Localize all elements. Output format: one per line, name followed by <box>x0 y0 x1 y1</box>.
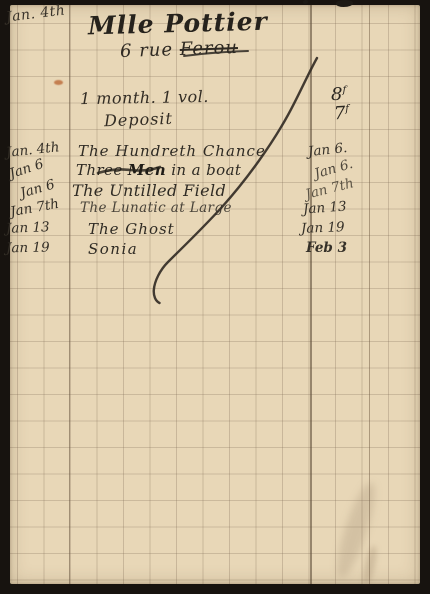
entry-date-returned: Jan 13 <box>302 198 347 217</box>
column-rule-left <box>69 5 70 584</box>
entry-title: The Untilled Field <box>72 181 226 200</box>
address-struck-word: Ferou <box>179 37 238 60</box>
title-overwritten-word: Men <box>128 161 166 179</box>
entry-title: The Hundreth Chance <box>78 142 266 160</box>
ink-blotch <box>303 0 308 4</box>
scanned-card-stage: Jan. 4th Mlle Pottier 6 rue Ferou 1 mont… <box>0 0 430 594</box>
subscription-terms: 1 month. 1 vol. <box>80 87 209 108</box>
address-prefix: 6 rue <box>120 39 174 62</box>
title-part: Three <box>76 161 123 179</box>
entry-title: Sonia <box>88 240 138 258</box>
entry-date-returned: Jan 6. <box>307 140 348 160</box>
entry-date-returned: Feb 3 <box>306 240 347 256</box>
entry-title: The Ghost <box>88 220 175 238</box>
borrower-name: Mlle Pottier <box>88 7 268 41</box>
ledger-row: Jan 19 Sonia Feb 3 <box>0 240 430 260</box>
entry-date-out: Jan 13 <box>6 219 50 237</box>
ledger-row: Jan 13 The Ghost Jan 19 <box>0 220 430 240</box>
library-lending-card <box>10 5 420 584</box>
column-rule-return <box>310 5 312 584</box>
ledger-row: Jan 6 Three Men in a boat Jan 6. <box>0 161 430 181</box>
ledger-row: Jan. 4th The Hundreth Chance Jan 6. <box>0 142 430 162</box>
entry-title: Three Men in a boat <box>76 161 241 179</box>
price-unit: f <box>342 85 346 96</box>
entry-date-out: Jan 19 <box>6 240 50 257</box>
borrower-address: 6 rue Ferou <box>120 37 239 62</box>
deposit-label: Deposit <box>104 109 174 130</box>
price-value: 8 <box>331 84 342 105</box>
entry-date-out: Jan 7th <box>9 196 60 220</box>
paper-stain <box>54 80 63 85</box>
ledger-row: Jan 7th The Lunatic at Large Jan 13 <box>0 200 430 220</box>
ledger-row: Jan 6 The Untilled Field Jan 7th <box>0 181 430 201</box>
entry-date-returned: Jan 19 <box>301 219 345 237</box>
price-unit: f <box>345 104 349 115</box>
deposit-price: 7f <box>333 103 349 125</box>
title-part: in a boat <box>171 161 241 179</box>
paper-smudge <box>361 544 379 585</box>
entry-title: The Lunatic at Large <box>80 200 232 216</box>
